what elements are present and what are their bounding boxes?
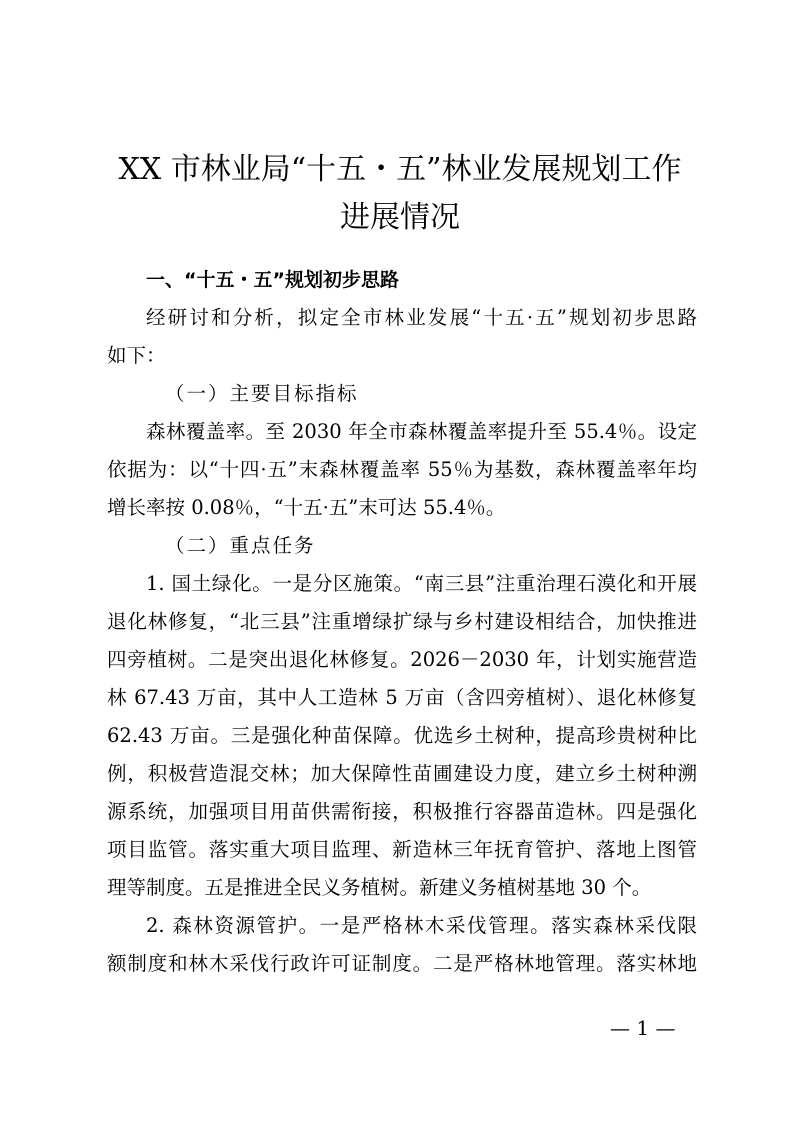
subsection-heading-1: （一）主要目标指标 bbox=[165, 382, 755, 406]
document-title-line1: XX 市林业局“十五・五”林业发展规划工作 bbox=[100, 145, 700, 195]
paragraph-line: 1. 国土绿化。一是分区施策。“南三县”注重治理石漠化和开展 bbox=[146, 572, 697, 596]
paragraph-line: 62.43 万亩。三是强化种苗保障。优选乡土树种，提高珍贵树种比 bbox=[107, 724, 697, 748]
paragraph-line: 2. 森林资源管护。一是严格林木采伐管理。落实森林采伐限 bbox=[146, 914, 697, 938]
paragraph-line: 经研讨和分析，拟定全市林业发展“十五·五”规划初步思路 bbox=[146, 306, 697, 330]
paragraph-line: 额制度和林木采伐行政许可证制度。二是严格林地管理。落实林地 bbox=[107, 952, 697, 976]
paragraph-line: 四旁植树。二是突出退化林修复。2026－2030 年，计划实施营造 bbox=[107, 648, 697, 672]
paragraph-line: 理等制度。五是推进全民义务植树。新建义务植树基地 30 个。 bbox=[107, 876, 697, 900]
page-number: — 1 — bbox=[610, 1016, 690, 1040]
subsection-heading-2: （二）重点任务 bbox=[165, 534, 755, 558]
section-heading-1: 一、“十五・五”规划初步思路 bbox=[146, 268, 736, 292]
paragraph-line: 增长率按 0.08％，“十五·五”末可达 55.4％。 bbox=[107, 496, 697, 520]
paragraph-line: 项目监管。落实重大项目监理、新造林三年抚育管护、落地上图管 bbox=[107, 838, 697, 862]
paragraph-line: 源系统，加强项目用苗供需衔接，积极推行容器苗造林。四是强化 bbox=[107, 800, 697, 824]
paragraph-line: 例，积极营造混交林；加大保障性苗圃建设力度，建立乡土树种溯 bbox=[107, 762, 697, 786]
document-title-line2: 进展情况 bbox=[100, 193, 700, 243]
paragraph-line: 退化林修复，“北三县”注重增绿扩绿与乡村建设相结合，加快推进 bbox=[107, 610, 697, 634]
paragraph-line: 如下： bbox=[107, 344, 697, 368]
paragraph-line: 依据为：以“十四·五”末森林覆盖率 55％为基数，森林覆盖率年均 bbox=[107, 458, 697, 482]
paragraph-line: 林 67.43 万亩，其中人工造林 5 万亩（含四旁植树）、退化林修复 bbox=[107, 686, 697, 710]
paragraph-line: 森林覆盖率。至 2030 年全市森林覆盖率提升至 55.4％。设定 bbox=[146, 420, 697, 444]
